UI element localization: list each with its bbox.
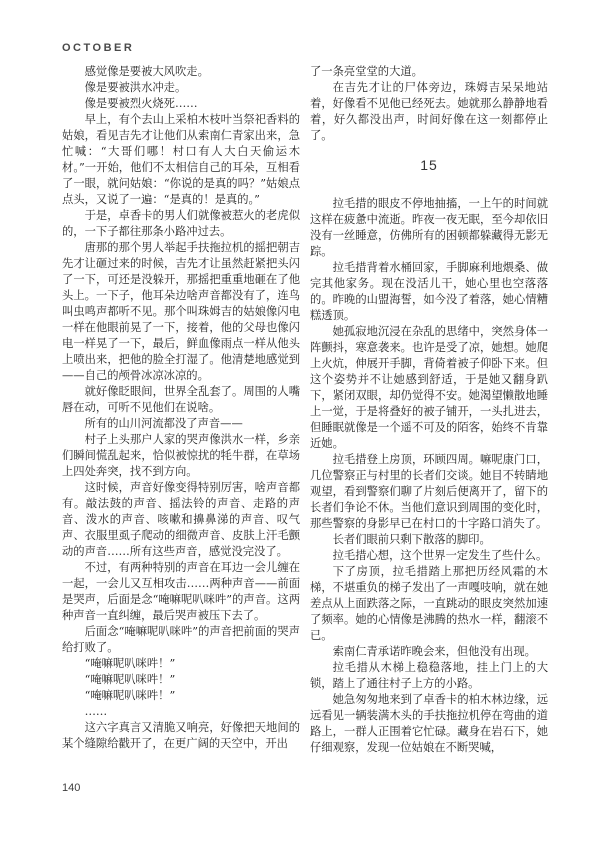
paragraph: 长者们眼前只剩下散落的脚印。 [310, 532, 548, 548]
running-header: OCTOBER [62, 42, 134, 54]
paragraph: 这六字真言又清脆又响亮，好像把天地间的某个缝隙给戳开了，在更广阔的天空中，开出 [62, 720, 300, 752]
paragraph: 拉毛措的眼皮不停地抽搐，一上午的时间就这样在疲惫中流逝。昨夜一夜无眠，至今却依旧… [310, 196, 548, 260]
paragraph: “唵嘛呢叭咪吽！” [62, 656, 300, 672]
paragraph: 拉毛措背着水桶回家，手脚麻利地煨桑、做完其他家务。现在没活儿干，她心里也空落落的… [310, 260, 548, 324]
paragraph: 在吉先才让的尸体旁边，珠姆吉呆呆地站着，好像看不见他已经死去。她就那么静静地看着… [310, 80, 548, 144]
book-page: OCTOBER 感觉像是要被大风吹走。像是要被洪水冲走。像是要被烈火烧死……早上… [0, 0, 595, 842]
text-column-right: 了一条亮堂堂的大道。在吉先才让的尸体旁边，珠姆吉呆呆地站着，好像看不见他已经死去… [310, 64, 548, 756]
paragraph: “唵嘛呢叭咪吽！” [62, 688, 300, 704]
paragraph: 于是，卓香卡的男人们就像被惹火的老虎似的，一下子都往那条小路冲过去。 [62, 208, 300, 240]
paragraph: 所有的山川河流都没了声音—— [62, 416, 300, 432]
paragraph: 村子上头那户人家的哭声像洪水一样，乡亲们瞬间慌乱起来，恰似被惊扰的牦牛群，在草场… [62, 432, 300, 480]
paragraph: 早上，有个去山上采柏木枝叶当祭祀香料的姑娘，看见吉先才让他们从索南仁青家出来，急… [62, 112, 300, 208]
paragraph: 像是要被洪水冲走。 [62, 80, 300, 96]
paragraph: “唵嘛呢叭咪吽！” [62, 672, 300, 688]
paragraph: 感觉像是要被大风吹走。 [62, 64, 300, 80]
paragraph: 就好像眨眼间，世界全乱套了。周围的人嘴唇在动，可听不见他们在说啥。 [62, 384, 300, 416]
paragraph: 下了房顶，拉毛措踏上那把历经风霜的木梯，不堪重负的梯子发出了一声嘎吱响，就在她差… [310, 564, 548, 644]
paragraph: 这时候，声音好像变得特别厉害，啥声音都有。敲法鼓的声音、摇法铃的声音、走路的声音… [62, 480, 300, 560]
paragraph: 拉毛措从木梯上稳稳落地，挂上门上的大锁，踏上了通往村子上方的小路。 [310, 660, 548, 692]
paragraph: 后面念“唵嘛呢叭咪吽”的声音把前面的哭声给打败了。 [62, 624, 300, 656]
paragraph: 拉毛措心想，这个世界一定发生了些什么。 [310, 548, 548, 564]
section-number: 15 [310, 157, 548, 173]
paragraph: 不过，有两种特别的声音在耳边一会儿缠在一起，一会儿又互相攻击……两种声音——前面… [62, 560, 300, 624]
paragraph: 她孤寂地沉浸在杂乱的思绪中，突然身体一阵颤抖，寒意袭来。也许是受了凉，她想。她爬… [310, 324, 548, 452]
paragraph: 她急匆匆地来到了卓香卡的柏木林边缘，远远看见一辆装满木头的手扶拖拉机停在弯曲的道… [310, 692, 548, 756]
paragraph: 索南仁青承诺昨晚会来，但他没有出现。 [310, 644, 548, 660]
text-column-left: 感觉像是要被大风吹走。像是要被洪水冲走。像是要被烈火烧死……早上，有个去山上采柏… [62, 64, 300, 752]
paragraph: 了一条亮堂堂的大道。 [310, 64, 548, 80]
paragraph: 唐那的那个男人举起手扶拖拉机的摇把朝吉先才让砸过来的时候，吉先才让虽然赶紧把头闪… [62, 240, 300, 384]
page-number: 140 [62, 782, 80, 794]
paragraph: …… [62, 704, 300, 720]
paragraph: 拉毛措登上房顶，环顾四周。嘛呢康门口，几位警察正与村里的长者们交谈。她目不转睛地… [310, 452, 548, 532]
paragraph: 像是要被烈火烧死…… [62, 96, 300, 112]
